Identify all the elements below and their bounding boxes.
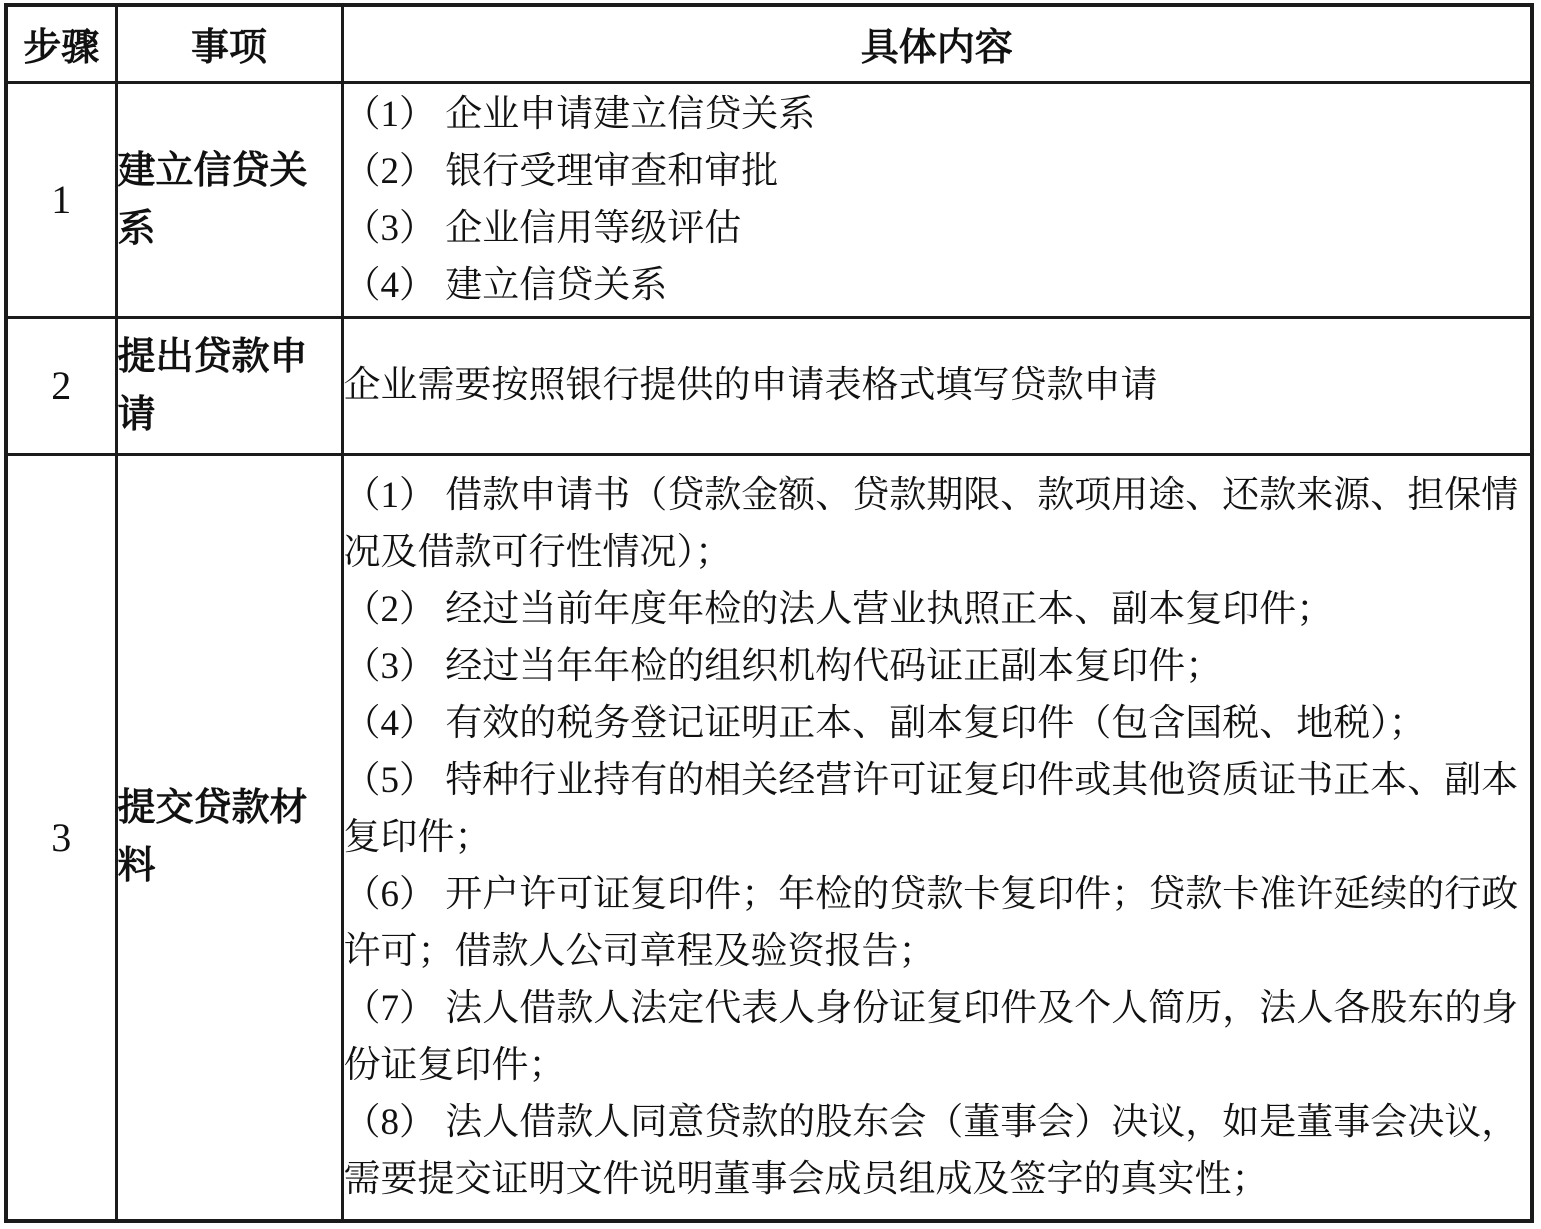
step-cell: 1 (6, 82, 116, 317)
content-line: （4） 建立信贷关系 (344, 257, 1531, 314)
content-line: （8） 法人借款人同意贷款的股东会（董事会）决议，如是董事会决议，需要提交证明文… (344, 1094, 1531, 1208)
content-cell: （1） 借款申请书（贷款金额、贷款期限、款项用途、还款来源、担保情况及借款可行性… (342, 454, 1532, 1221)
content-line: （3） 经过当年年检的组织机构代码证正副本复印件； (344, 638, 1531, 695)
content-line: （1） 企业申请建立信贷关系 (344, 86, 1531, 143)
content-cell: （1） 企业申请建立信贷关系 （2） 银行受理审查和审批 （3） 企业信用等级评… (342, 82, 1532, 317)
item-cell: 提出贷款申请 (116, 317, 342, 454)
item-cell: 提交贷款材料 (116, 454, 342, 1221)
column-header-content: 具体内容 (342, 5, 1532, 82)
content-line: （2） 经过当前年度年检的法人营业执照正本、副本复印件； (344, 581, 1531, 638)
content-line: （7） 法人借款人法定代表人身份证复印件及个人简历，法人各股东的身份证复印件； (344, 980, 1531, 1094)
step-cell: 3 (6, 454, 116, 1221)
content-line: （2） 银行受理审查和审批 (344, 143, 1531, 200)
column-header-step: 步骤 (6, 5, 116, 82)
content-cell: 企业需要按照银行提供的申请表格式填写贷款申请 (342, 317, 1532, 454)
content-line: （3） 企业信用等级评估 (344, 200, 1531, 257)
item-cell: 建立信贷关系 (116, 82, 342, 317)
header-row: 步骤 事项 具体内容 (6, 5, 1532, 82)
table-row: 1 建立信贷关系 （1） 企业申请建立信贷关系 （2） 银行受理审查和审批 （3… (6, 82, 1532, 317)
content-line: （1） 借款申请书（贷款金额、贷款期限、款项用途、还款来源、担保情况及借款可行性… (344, 467, 1531, 581)
document-page: 步骤 事项 具体内容 1 建立信贷关系 （1） 企业申请建立信贷关系 （2） 银… (0, 0, 1541, 1229)
loan-procedure-table: 步骤 事项 具体内容 1 建立信贷关系 （1） 企业申请建立信贷关系 （2） 银… (4, 3, 1534, 1223)
table-row: 2 提出贷款申请 企业需要按照银行提供的申请表格式填写贷款申请 (6, 317, 1532, 454)
content-line: （6） 开户许可证复印件；年检的贷款卡复印件；贷款卡准许延续的行政许可；借款人公… (344, 866, 1531, 980)
column-header-item: 事项 (116, 5, 342, 82)
content-line: （5） 特种行业持有的相关经营许可证复印件或其他资质证书正本、副本复印件； (344, 752, 1531, 866)
content-line: 企业需要按照银行提供的申请表格式填写贷款申请 (344, 357, 1531, 414)
content-line: （4） 有效的税务登记证明正本、副本复印件（包含国税、地税）； (344, 695, 1531, 752)
step-cell: 2 (6, 317, 116, 454)
table-row: 3 提交贷款材料 （1） 借款申请书（贷款金额、贷款期限、款项用途、还款来源、担… (6, 454, 1532, 1221)
